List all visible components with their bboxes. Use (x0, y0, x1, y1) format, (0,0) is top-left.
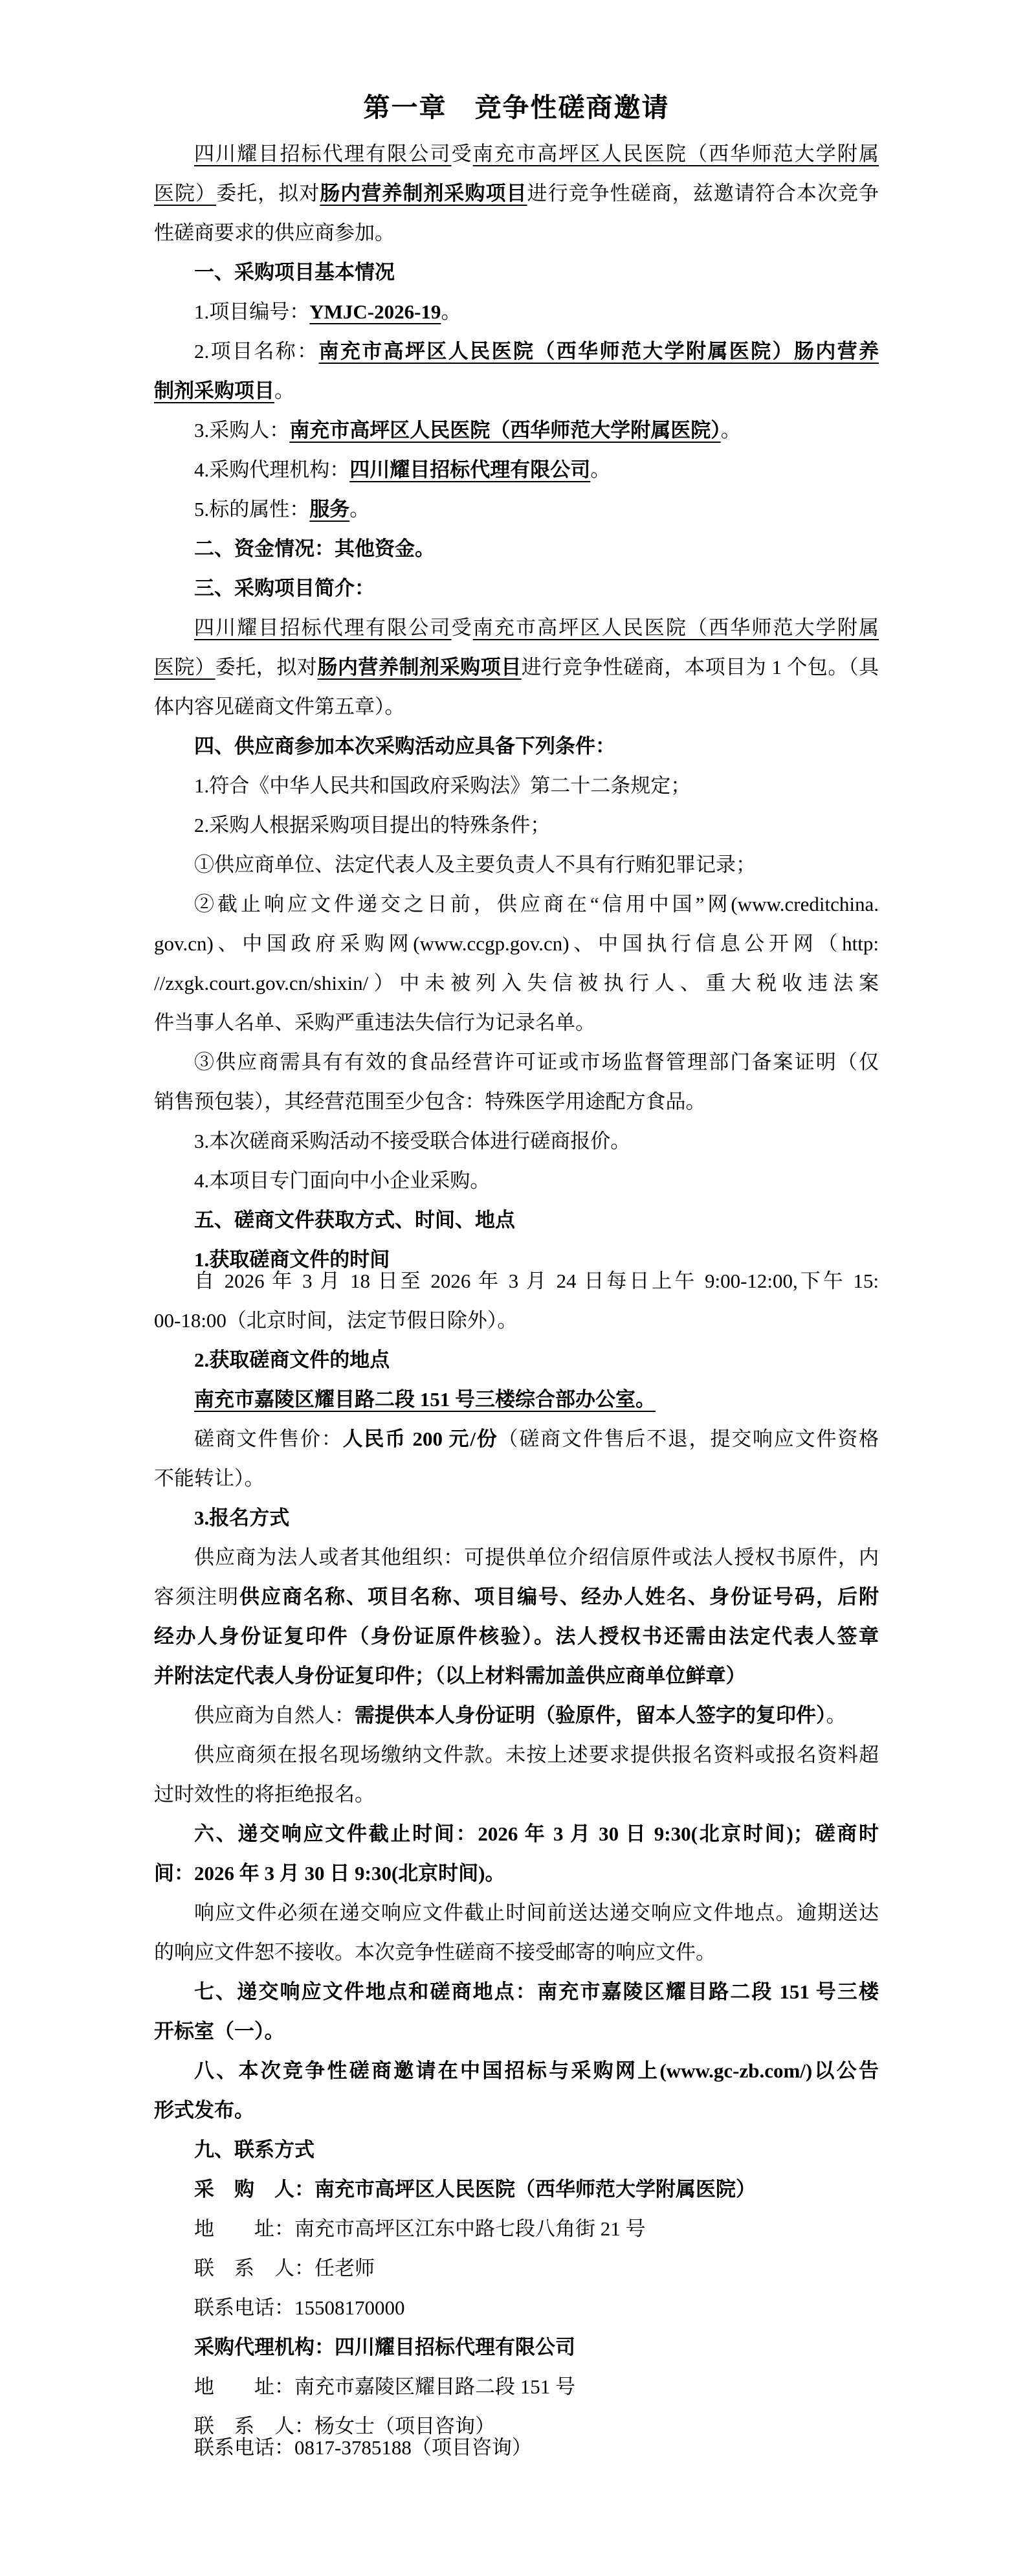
text-run: 3.本次磋商采购活动不接受联合体进行磋商报价。 (194, 1130, 630, 1152)
text-run: 5.标的属性： (194, 498, 309, 521)
text-line: 一、采购项目基本情况 (154, 252, 879, 292)
text-line: ③供应商需具有有效的食品经营许可证或市场监督管理部门备案证明（仅 (154, 1042, 879, 1082)
text-run: 服务 (309, 498, 349, 521)
text-run: 间：2026 年 3 月 30 日 9:30(北京时间)。 (154, 1862, 505, 1885)
text-run: 。 (721, 419, 741, 442)
text-run: 供应商为法人或者其他组织：可提供单位介绍信原件或法人授权书原件，内 (194, 1546, 879, 1569)
text-run: 南充市高坪区人民医院（西华师范大学附属医院）肠内营养 (319, 340, 879, 363)
text-run: ①供应商单位、法定代表人及主要负责人不具有行贿犯罪记录； (194, 853, 756, 876)
text-run: 九、联系方式 (194, 2138, 315, 2161)
text-run: 联 系 人：任老师 (194, 2257, 375, 2279)
text-run: 磋商文件售价： (194, 1428, 343, 1450)
text-run: 3.采购人： (194, 419, 289, 442)
text-run: 3.报名方式 (194, 1506, 289, 1529)
text-line: 四川耀目招标代理有限公司受南充市高坪区人民医院（西华师范大学附属 (154, 134, 879, 174)
text-line: 1.符合《中华人民共和国政府采购法》第二十二条规定； (154, 766, 879, 805)
text-line: 销售预包装），其经营范围至少包含：特殊医学用途配方食品。 (154, 1082, 879, 1121)
text-line: 供应商为自然人：需提供本人身份证明（验原件，留本人签字的复印件）。 (154, 1696, 879, 1735)
text-run: //zxgk.court.gov.cn/shixin/）中未被列入失信被执行人、… (154, 972, 879, 994)
text-line: 3.报名方式 (154, 1498, 879, 1538)
text-line: 南充市嘉陵区耀目路二段 151 号三楼综合部办公室。 (154, 1380, 879, 1419)
text-run: 南充市高坪区人民医院（西华师范大学附属医院） (289, 419, 721, 442)
text-run: 医院） (154, 656, 215, 678)
text-run: 南充市高坪区人民医院（西华师范大学附属 (473, 142, 879, 165)
text-line: 间：2026 年 3 月 30 日 9:30(北京时间)。 (154, 1854, 879, 1893)
text-run: 制剂采购项目 (154, 379, 274, 402)
text-run: （磋商文件售后不退，提交响应文件资格 (498, 1428, 879, 1450)
text-run: 。 (349, 498, 370, 521)
text-line: 四川耀目招标代理有限公司受南充市高坪区人民医院（西华师范大学附属 (154, 608, 879, 647)
text-run: 开标室（一）。 (154, 2020, 285, 2043)
text-line: 采购代理机构：四川耀目招标代理有限公司 (154, 2327, 879, 2367)
text-run: 性磋商要求的供应商参加。 (154, 221, 395, 244)
chapter-title: 第一章 竞争性磋商邀请 (154, 81, 879, 134)
text-run: 三、采购项目简介： (194, 577, 375, 599)
text-line: 2.采购人根据采购项目提出的特殊条件； (154, 805, 879, 845)
text-run: 2.获取磋商文件的地点 (194, 1349, 390, 1371)
text-run: 二、资金情况：其他资金。 (194, 537, 435, 560)
text-run: 件当事人名单、采购严重违法失信行为记录名单。 (154, 1011, 595, 1034)
text-line: 3.采购人：南充市高坪区人民医院（西华师范大学附属医院）。 (154, 410, 879, 450)
text-line: ①供应商单位、法定代表人及主要负责人不具有行贿犯罪记录； (154, 845, 879, 884)
text-line: 开标室（一）。 (154, 2011, 879, 2051)
text-run: 肠内营养制剂采购项目 (317, 656, 521, 678)
text-run: 人民币 200 元/份 (343, 1428, 498, 1450)
text-line: 地 址：南充市嘉陵区耀目路二段 151 号 (154, 2367, 879, 2406)
text-line: 2.项目名称：南充市高坪区人民医院（西华师范大学附属医院）肠内营养 (154, 331, 879, 371)
text-run: 地 址：南充市高坪区江东中路七段八角街 21 号 (194, 2217, 646, 2240)
text-run: 2.项目名称： (194, 340, 319, 363)
text-run: 受 (452, 616, 473, 639)
text-line: 3.本次磋商采购活动不接受联合体进行磋商报价。 (154, 1121, 879, 1161)
text-line: 联 系 人：任老师 (154, 2248, 879, 2288)
text-line: 性磋商要求的供应商参加。 (154, 213, 879, 252)
text-run: 联系电话：15508170000 (194, 2296, 405, 2319)
text-run: 形式发布。 (154, 2099, 254, 2122)
text-line: 九、联系方式 (154, 2130, 879, 2169)
text-line: 磋商文件售价：人民币 200 元/份（磋商文件售后不退，提交响应文件资格 (154, 1419, 879, 1459)
text-run: 。 (441, 300, 461, 323)
text-line: 联系电话：0817-3785188（项目咨询） (154, 2428, 879, 2467)
text-run: 进行竞争性磋商，兹邀请符合本次竞争 (527, 182, 879, 205)
text-line: 不能转让）。 (154, 1459, 879, 1498)
text-run: 响应文件必须在递交响应文件截止时间前送达递交响应文件地点。逾期送达 (194, 1901, 879, 1924)
text-line: //zxgk.court.gov.cn/shixin/）中未被列入失信被执行人、… (154, 963, 879, 1003)
text-line: ②截止响应文件递交之日前，供应商在“信用中国”网(www.creditchina… (154, 884, 879, 924)
text-run: 六、递交响应文件截止时间：2026 年 3 月 30 日 9:30(北京时间)；… (194, 1822, 879, 1845)
text-line: gov.cn)、中国政府采购网(www.ccgp.gov.cn)、中国执行信息公… (154, 924, 879, 963)
document-page: 第一章 竞争性磋商邀请 四川耀目招标代理有限公司受南充市高坪区人民医院（西华师范… (0, 0, 1027, 2467)
text-line: 采 购 人：南充市高坪区人民医院（西华师范大学附属医院） (154, 2169, 879, 2209)
text-run: 销售预包装），其经营范围至少包含：特殊医学用途配方食品。 (154, 1090, 706, 1113)
text-run: 的响应文件恕不接收。本次竞争性磋商不接受邮寄的响应文件。 (154, 1941, 716, 1964)
text-line: 响应文件必须在递交响应文件截止时间前送达递交响应文件地点。逾期送达 (154, 1893, 879, 1932)
text-run: YMJC-2026-19 (309, 300, 441, 323)
text-run: 过时效性的将拒绝报名。 (154, 1783, 375, 1806)
text-line: 七、递交响应文件地点和磋商地点：南充市嘉陵区耀目路二段 151 号三楼 (154, 1972, 879, 2011)
text-run: 2.采购人根据采购项目提出的特殊条件； (194, 814, 550, 836)
text-line: 联系电话：15508170000 (154, 2288, 879, 2327)
text-run: 四川耀目招标代理有限公司 (349, 458, 590, 481)
text-run: 不能转让）。 (154, 1467, 265, 1490)
text-run: 自 2026 年 3 月 18 日至 2026 年 3 月 24 日每日上午 9… (194, 1270, 879, 1292)
text-run: 经办人身份证复印件（身份证原件核验）。法人授权书还需由法定代表人签章 (154, 1625, 879, 1648)
text-run: 供应商为自然人： (194, 1704, 355, 1727)
text-run: 进行竞争性磋商，本项目为 1 个包。（具 (522, 656, 879, 678)
text-run: ③供应商需具有有效的食品经营许可证或市场监督管理部门备案证明（仅 (194, 1051, 879, 1073)
text-run: 七、递交响应文件地点和磋商地点：南充市嘉陵区耀目路二段 151 号三楼 (194, 1980, 879, 2003)
text-run: 并附法定代表人身份证复印件；（以上材料需加盖供应商单位鲜章） (154, 1664, 746, 1687)
text-line: 医院）委托，拟对肠内营养制剂采购项目进行竞争性磋商，兹邀请符合本次竞争 (154, 174, 879, 213)
text-line: 供应商须在报名现场缴纳文件款。未按上述要求提供报名资料或报名资料超 (154, 1735, 879, 1775)
text-run: 1.符合《中华人民共和国政府采购法》第二十二条规定； (194, 774, 690, 797)
text-run: 。 (826, 1704, 846, 1727)
text-line: 地 址：南充市高坪区江东中路七段八角街 21 号 (154, 2209, 879, 2248)
text-run: 供应商名称、项目名称、项目编号、经办人姓名、身份证号码，后附 (239, 1585, 879, 1608)
text-line: 三、采购项目简介： (154, 568, 879, 608)
text-run: 五、磋商文件获取方式、时间、地点 (194, 1209, 515, 1231)
text-run: 。 (274, 379, 294, 402)
text-run: 南充市高坪区人民医院（西华师范大学附属 (473, 616, 879, 639)
text-run: 委托，拟对 (216, 182, 320, 205)
text-run: 需提供本人身份证明（验原件，留本人签字的复印件） (355, 1704, 826, 1727)
document-body: 四川耀目招标代理有限公司受南充市高坪区人民医院（西华师范大学附属医院）委托，拟对… (154, 134, 879, 2467)
text-line: 形式发布。 (154, 2090, 879, 2130)
text-run: 受 (452, 142, 473, 165)
text-run: 。 (590, 458, 610, 481)
text-line: 五、磋商文件获取方式、时间、地点 (154, 1200, 879, 1240)
text-run: 四川耀目招标代理有限公司 (194, 142, 452, 165)
text-run: 四川耀目招标代理有限公司 (194, 616, 452, 639)
text-line: 过时效性的将拒绝报名。 (154, 1775, 879, 1814)
text-run: 一、采购项目基本情况 (194, 261, 395, 284)
text-run: 八、本次竞争性磋商邀请在中国招标与采购网上(www.gc-zb.com/)以公告 (194, 2059, 879, 2082)
text-line: 供应商为法人或者其他组织：可提供单位介绍信原件或法人授权书原件，内 (154, 1538, 879, 1577)
text-run: 联系电话：0817-3785188（项目咨询） (194, 2436, 532, 2459)
text-run: 供应商须在报名现场缴纳文件款。未按上述要求提供报名资料或报名资料超 (194, 1743, 879, 1766)
text-line: 体内容见磋商文件第五章）。 (154, 687, 879, 726)
text-line: 六、递交响应文件截止时间：2026 年 3 月 30 日 9:30(北京时间)；… (154, 1814, 879, 1854)
text-line: 并附法定代表人身份证复印件；（以上材料需加盖供应商单位鲜章） (154, 1656, 879, 1696)
text-line: 制剂采购项目。 (154, 371, 879, 410)
text-run: 4.采购代理机构： (194, 458, 349, 481)
text-run: 地 址：南充市嘉陵区耀目路二段 151 号 (194, 2375, 575, 2398)
text-run: 医院） (154, 182, 216, 205)
text-line: 八、本次竞争性磋商邀请在中国招标与采购网上(www.gc-zb.com/)以公告 (154, 2051, 879, 2090)
text-run: ②截止响应文件递交之日前，供应商在“信用中国”网(www.creditchina… (194, 893, 879, 915)
text-run: 4.本项目专门面向中小企业采购。 (194, 1169, 490, 1192)
text-run: 南充市嘉陵区耀目路二段 151 号三楼综合部办公室。 (194, 1388, 656, 1411)
text-line: 4.本项目专门面向中小企业采购。 (154, 1161, 879, 1200)
text-line: 件当事人名单、采购严重违法失信行为记录名单。 (154, 1003, 879, 1042)
text-run: 采 购 人：南充市高坪区人民医院（西华师范大学附属医院） (194, 2178, 756, 2201)
text-run: 委托，拟对 (215, 656, 318, 678)
text-line: 5.标的属性：服务。 (154, 489, 879, 529)
text-line: 经办人身份证复印件（身份证原件核验）。法人授权书还需由法定代表人签章 (154, 1617, 879, 1656)
text-run: 00-18:00（北京时间，法定节假日除外）。 (154, 1309, 517, 1332)
text-line: 1.项目编号：YMJC-2026-19。 (154, 292, 879, 331)
text-line: 00-18:00（北京时间，法定节假日除外）。 (154, 1301, 879, 1340)
text-run: 肠内营养制剂采购项目 (320, 182, 527, 205)
text-line: 自 2026 年 3 月 18 日至 2026 年 3 月 24 日每日上午 9… (154, 1261, 879, 1301)
text-line: 4.采购代理机构：四川耀目招标代理有限公司。 (154, 450, 879, 489)
text-line: 四、供应商参加本次采购活动应具备下列条件： (154, 726, 879, 766)
text-line: 二、资金情况：其他资金。 (154, 529, 879, 568)
text-run: 容须注明 (154, 1585, 239, 1608)
text-run: 四、供应商参加本次采购活动应具备下列条件： (194, 735, 615, 757)
text-line: 2.获取磋商文件的地点 (154, 1340, 879, 1380)
text-run: 体内容见磋商文件第五章）。 (154, 695, 405, 718)
text-line: 容须注明供应商名称、项目名称、项目编号、经办人姓名、身份证号码，后附 (154, 1577, 879, 1617)
text-run: 采购代理机构：四川耀目招标代理有限公司 (194, 2336, 575, 2358)
text-run: gov.cn)、中国政府采购网(www.ccgp.gov.cn)、中国执行信息公… (154, 932, 879, 955)
text-run: 1.项目编号： (194, 300, 309, 323)
text-line: 医院）委托，拟对肠内营养制剂采购项目进行竞争性磋商，本项目为 1 个包。（具 (154, 647, 879, 687)
text-line: 的响应文件恕不接收。本次竞争性磋商不接受邮寄的响应文件。 (154, 1932, 879, 1972)
